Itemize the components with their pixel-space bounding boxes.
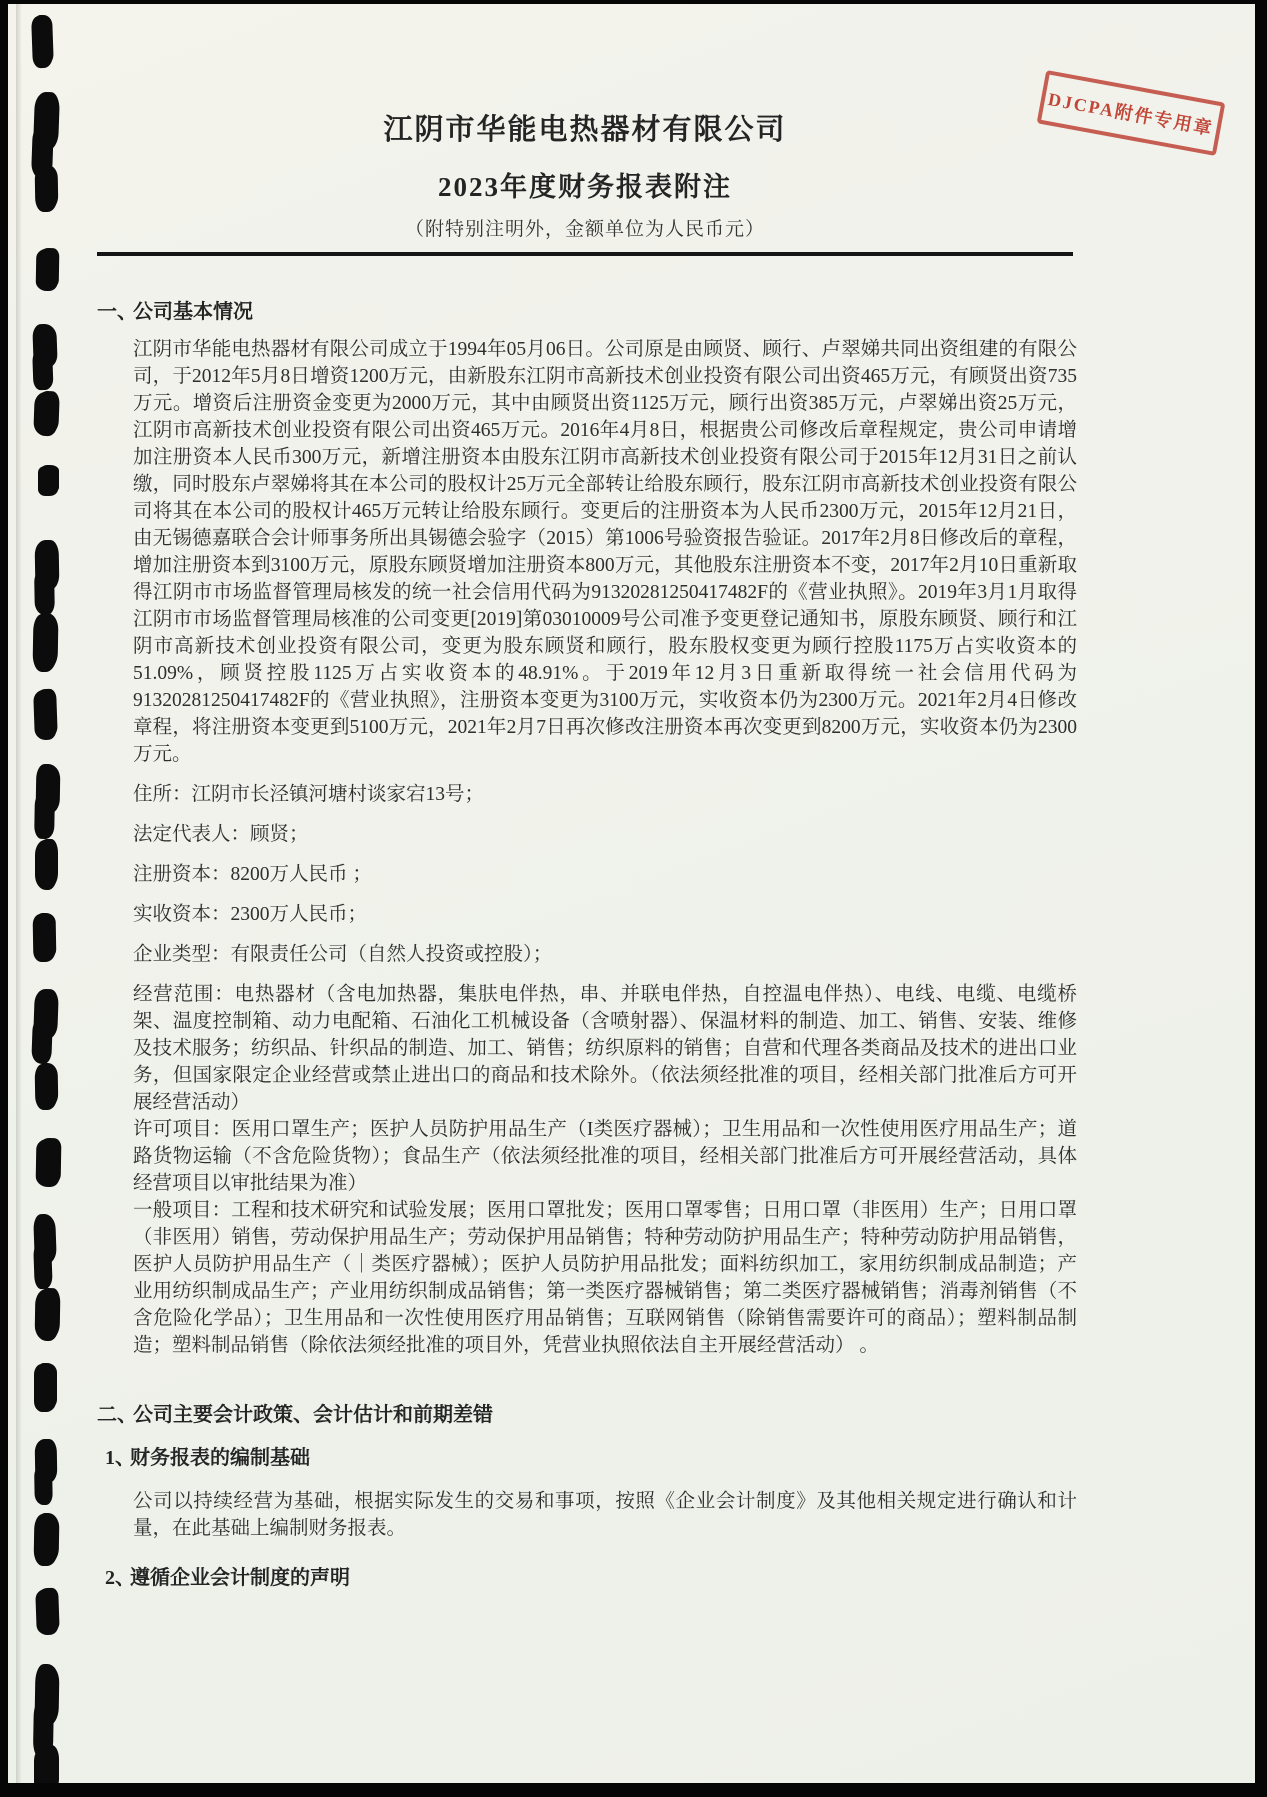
header-rule	[97, 252, 1073, 256]
binding-hole	[35, 540, 60, 590]
section-1-body: 江阴市华能电热器材有限公司成立于1994年05月06日。公司原是由顾贤、顾行、卢…	[133, 336, 1077, 1359]
currency-note: （附特别注明外，金额单位为人民币元）	[97, 217, 1073, 243]
report-subtitle: 2023年度财务报表附注	[97, 170, 1073, 204]
company-history-paragraph: 江阴市华能电热器材有限公司成立于1994年05月06日。公司原是由顾贤、顾行、卢…	[133, 336, 1077, 768]
basis-of-preparation-paragraph: 公司以持续经营为基础，根据实际发生的交易和事项，按照《企业会计制度》及其他相关规…	[133, 1488, 1077, 1542]
binding-hole	[35, 1064, 58, 1110]
binding-hole	[33, 1214, 57, 1265]
binding-hole	[35, 1589, 59, 1636]
binding-hole	[33, 92, 60, 151]
registered-capital-line: 注册资本：8200万人民币 ；	[133, 861, 1077, 888]
section-1-number: 一、	[97, 298, 137, 326]
enterprise-type-line: 企业类型：有限责任公司（自然人投资或控股）；	[133, 941, 1077, 968]
section-2-2-number: 2、	[105, 1564, 135, 1592]
registered-address-line: 住所：江阴市长泾镇河塘村谈家宕13号；	[133, 781, 1077, 808]
section-2-title: 公司主要会计政策、会计估计和前期差错	[133, 1401, 1255, 1429]
section-2-2-title: 遵循企业会计制度的声明	[130, 1564, 1255, 1592]
section-1-title: 公司基本情况	[133, 298, 1255, 326]
binding-hole	[35, 840, 57, 890]
company-title: 江阴市华能电热器材有限公司	[97, 110, 1073, 150]
section-2-2-heading: 2、 遵循企业会计制度的声明	[8, 1564, 1255, 1592]
binding-hole	[34, 1746, 58, 1783]
section-2-number: 二、	[97, 1401, 137, 1429]
scanned-page: DJCPA附件专用章 江阴市华能电热器材有限公司 2023年度财务报表附注 （附…	[0, 0, 1267, 1797]
business-scope-paragraph: 经营范围：电热器材（含电加热器，集肤电伴热，串、并联电伴热，自控温电伴热）、电线…	[133, 981, 1077, 1116]
business-scope-block: 经营范围：电热器材（含电加热器，集肤电伴热，串、并联电伴热，自控温电伴热）、电线…	[133, 981, 1077, 1359]
binding-hole	[34, 1664, 59, 1726]
binding-hole	[33, 392, 59, 437]
binding-hole	[33, 989, 59, 1040]
section-1-heading: 一、 公司基本情况	[8, 298, 1255, 326]
binding-hole	[35, 166, 58, 212]
section-2-1-title: 财务报表的编制基础	[130, 1444, 1255, 1472]
paid-in-capital-line: 实收资本：2300万人民币；	[133, 901, 1077, 928]
binding-hole	[35, 1289, 60, 1341]
binding-hole	[36, 1139, 61, 1187]
binding-hole	[32, 324, 58, 369]
binding-hole	[33, 690, 57, 741]
licensed-items-paragraph: 许可项目：医用口罩生产；医护人员防护用品生产（I类医疗器械）；卫生用品和一次性使…	[133, 1116, 1077, 1197]
binding-hole	[33, 914, 56, 962]
legal-representative-line: 法定代表人：顾贤；	[133, 821, 1077, 848]
binding-hole	[36, 764, 61, 814]
binding-hole	[32, 614, 57, 672]
section-2-1-heading: 1、 财务报表的编制基础	[8, 1444, 1255, 1472]
binding-hole	[31, 16, 53, 69]
binding-hole	[36, 249, 59, 291]
general-items-paragraph: 一般项目：工程和技术研究和试验发展；医用口罩批发；医用口罩零售；日用口罩（非医用…	[133, 1197, 1077, 1359]
section-2-1-number: 1、	[105, 1444, 135, 1472]
paper-sheet: DJCPA附件专用章 江阴市华能电热器材有限公司 2023年度财务报表附注 （附…	[8, 4, 1255, 1783]
section-2-1-body: 公司以持续经营为基础，根据实际发生的交易和事项，按照《企业会计制度》及其他相关规…	[133, 1488, 1077, 1542]
document-header: 江阴市华能电热器材有限公司 2023年度财务报表附注 （附特别注明外，金额单位为…	[97, 110, 1073, 243]
section-2-heading: 二、 公司主要会计政策、会计估计和前期差错	[8, 1401, 1255, 1429]
binding-hole	[34, 1514, 59, 1566]
binding-hole	[38, 466, 58, 496]
